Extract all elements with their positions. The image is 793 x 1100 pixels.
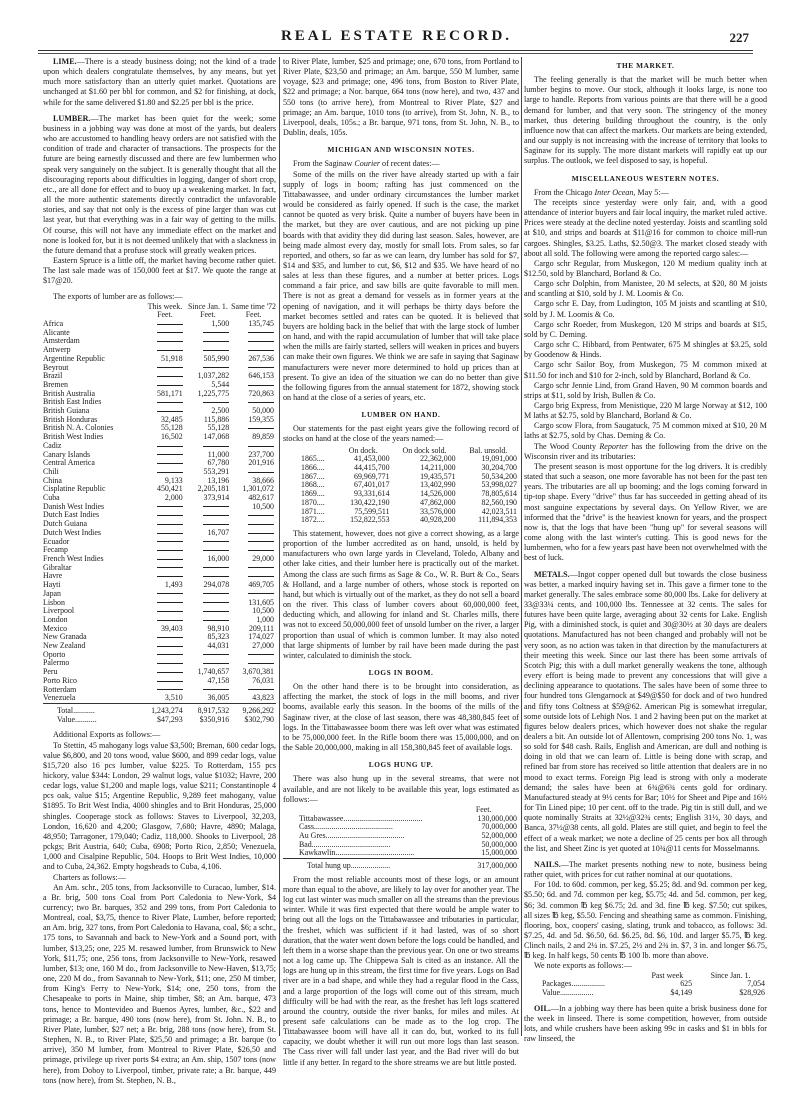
table-row: Brazil1,037,282646,153: [43, 372, 276, 381]
additional-exports-intro: Additional Exports as follows:—: [43, 730, 276, 740]
table-row: British Australia581,1711,225,775720,863: [43, 390, 276, 399]
lime-article: LIME.—There is a steady business doing; …: [43, 57, 276, 108]
charters-text: An Am. schr., 205 tons, from Jacksonvill…: [43, 883, 276, 1086]
lumber-exports-table: This week. Since Jan. 1. Same time '72 F…: [43, 303, 276, 725]
cargo-sale-item: Cargo schr Roeder, from Muskegon, 120 M …: [524, 320, 767, 340]
table-row: Venezuela3,51036,00543,823: [43, 694, 276, 703]
cargo-sale-item: Cargo schr Sailor Boy, from Muskegon, 75…: [524, 360, 767, 380]
lumber-on-hand-heading: LUMBER ON HAND.: [283, 410, 519, 420]
column-divider: [279, 57, 280, 1036]
table-row: Japan: [43, 590, 276, 599]
table-row: Gibraltar: [43, 564, 276, 573]
lime-lead: LIME.: [53, 57, 77, 66]
value-row: Value........... $47,293 $350,916 $302,7…: [43, 716, 276, 725]
cargo-sale-item: Cargo scow Flora, from Saugatuck, 75 M c…: [524, 421, 767, 441]
table-row: Mexico39,40398,910209,111: [43, 625, 276, 634]
table-row: Ecuador: [43, 538, 276, 547]
table-row: Alicante: [43, 329, 276, 338]
table-row: Dutch Guiana: [43, 520, 276, 529]
oil-article: OIL.—In a jobbing way there has been qui…: [524, 1004, 767, 1045]
table-row: British West Indies16,502147,06889,859: [43, 433, 276, 442]
table-row: Hayti1,493294,078469,705: [43, 581, 276, 590]
wood-county-text: The present season is most opportune for…: [524, 462, 767, 564]
on-hand-intro: Our statements for the past eight years …: [283, 424, 519, 444]
hung-total-row: Total hung up.................... 317,00…: [283, 862, 519, 871]
table-row: British East Indies: [43, 398, 276, 407]
metals-article: METALS.—Ingot copper opened dull but tow…: [524, 570, 767, 854]
table-row: Rotterdam: [43, 686, 276, 695]
table-row: Beyrout: [43, 364, 276, 373]
table-row: British N. A. Colonies55,12855,128: [43, 424, 276, 433]
wood-county-intro: The Wood County Reporter has the followi…: [524, 442, 767, 462]
charters-continued: to River Plate, lumber, $25 and primage;…: [283, 57, 519, 138]
table-row: Liverpool10,500: [43, 607, 276, 616]
nails-article: NAILS.—The market presents nothing new t…: [524, 860, 767, 880]
table-row: Havre: [43, 572, 276, 581]
additional-exports-text: To Stettin, 45 mahogany logs value $3,50…: [43, 741, 276, 873]
table-row: British Honduras32,485115,886159,355: [43, 416, 276, 425]
table-row: London1,000: [43, 616, 276, 625]
table-row: New Granada85,323174,027: [43, 633, 276, 642]
table-row: Canary Islands11,000237,700: [43, 451, 276, 460]
table-row: Argentine Republic51,918505,990267,536: [43, 355, 276, 364]
table-row: Palermo: [43, 659, 276, 668]
chicago-text: The receipts since yesterday were only f…: [524, 198, 767, 259]
market-text: The feeling generally is that the market…: [524, 75, 767, 166]
table-row: Antwerp: [43, 346, 276, 355]
table-row: British Guiana2,50050,000: [43, 407, 276, 416]
table-row: French West Indies16,00029,000: [43, 555, 276, 564]
table-row: Chili553,291: [43, 468, 276, 477]
nails-prices: For 10d. to 60d. common, per keg, $5.25;…: [524, 880, 767, 961]
publication-title: REAL ESTATE RECORD.: [38, 28, 755, 45]
spruce-paragraph: Eastern Spruce is a little off, the mark…: [43, 256, 276, 286]
table-row: Oporto: [43, 651, 276, 660]
table-row: Dutch West Indies16,707: [43, 529, 276, 538]
header-rule: [38, 50, 753, 51]
cargo-sale-item: Cargo schr Jennie Lind, from Grand Haven…: [524, 381, 767, 401]
table-row: Value.................$4,149$28,926: [524, 989, 767, 998]
cargo-sale-item: Cargo schr E. Day, from Ludington, 105 M…: [524, 299, 767, 319]
page-number: 227: [730, 30, 750, 46]
cargo-sale-item: Cargo schr Dolphin, from Manistee, 20 M …: [524, 279, 767, 299]
saginaw-text: Some of the mills on the river have alre…: [283, 170, 519, 404]
hung-intro: There was also hung up in the several st…: [283, 774, 519, 804]
table-row: Lisbon131,605: [43, 599, 276, 608]
cargo-sale-item: Cargo schr Regular, from Muskegon, 120 M…: [524, 259, 767, 279]
table-row: Cadiz: [43, 442, 276, 451]
logs-in-boom-heading: LOGS IN BOOM.: [283, 668, 519, 678]
chicago-intro: From the Chicago Inter Ocean, May 5:—: [524, 188, 767, 198]
table-row: Cisplatine Republic450,4212,205,1811,301…: [43, 485, 276, 494]
table-row: Kawkawlin...............................…: [283, 849, 519, 858]
table-row: 1872....152,822,55340,928,200111,894,353: [283, 516, 519, 525]
michigan-heading: MICHIGAN AND WISCONSIN NOTES.: [283, 145, 519, 155]
table-row: Amsterdam: [43, 337, 276, 346]
on-hand-text: This statement, however, does not give a…: [283, 529, 519, 661]
header-rule-thin: [38, 53, 753, 54]
table-units: Feet. Feet. Feet.: [43, 311, 276, 320]
logs-hung-up-heading: LOGS HUNG UP.: [283, 760, 519, 770]
logs-hung-up-table: Feet. Tittabawassee.....................…: [283, 806, 519, 871]
masthead: REAL ESTATE RECORD. 227: [38, 28, 755, 50]
table-row: New Zealand44,03127,000: [43, 642, 276, 651]
table-row: Central America67,780201,916: [43, 459, 276, 468]
lumber-on-hand-table: On dock. On dock sold. Bal. unsold. 1865…: [283, 447, 519, 525]
table-row: Africa1,500135,745: [43, 320, 276, 329]
nails-exports-table: Past weekSince Jan. 1. Packages.........…: [524, 972, 767, 998]
market-heading: THE MARKET.: [524, 61, 767, 71]
table-row: Danish West Indies10,500: [43, 503, 276, 512]
exports-rows: Africa1,500135,745AlicanteAmsterdamAntwe…: [43, 320, 276, 703]
charters-intro: Charters as follows:—: [43, 873, 276, 883]
hung-text: From the most reliable accounts most of …: [283, 875, 519, 1068]
cargo-sales-list: Cargo schr Regular, from Muskegon, 120 M…: [524, 259, 767, 442]
column-3: THE MARKET. The feeling generally is tha…: [524, 57, 767, 1044]
table-row: Peru1,740,6573,670,381: [43, 668, 276, 677]
boom-text: On the other hand there is to be brought…: [283, 682, 519, 753]
lumber-lead: LUMBER.: [53, 114, 91, 123]
on-hand-rows: 1865....41,453,00022,362,00019,091,00018…: [283, 455, 519, 525]
misc-western-heading: MISCELLANEOUS WESTERN NOTES.: [524, 174, 767, 184]
hung-rows: Tittabawassee...........................…: [283, 815, 519, 859]
column-divider: [521, 57, 522, 1036]
table-row: Fecamp: [43, 546, 276, 555]
table-row: Dutch East Indies: [43, 511, 276, 520]
cargo-sale-item: Cargo brig Express, from Menistique, 220…: [524, 401, 767, 421]
lumber-article: LUMBER.—The market has been quiet for th…: [43, 114, 276, 256]
saginaw-intro: From the Saginaw Courier of recent dates…: [283, 159, 519, 169]
table-row: Cuba2,000373,914482,617: [43, 494, 276, 503]
table-row: Porto Rico47,15876,031: [43, 677, 276, 686]
cargo-sale-item: Cargo schr C. Hibbard, from Pentwater, 6…: [524, 340, 767, 360]
column-2: to River Plate, lumber, $25 and primage;…: [283, 57, 519, 1068]
column-1: LIME.—There is a steady business doing; …: [43, 57, 276, 1086]
